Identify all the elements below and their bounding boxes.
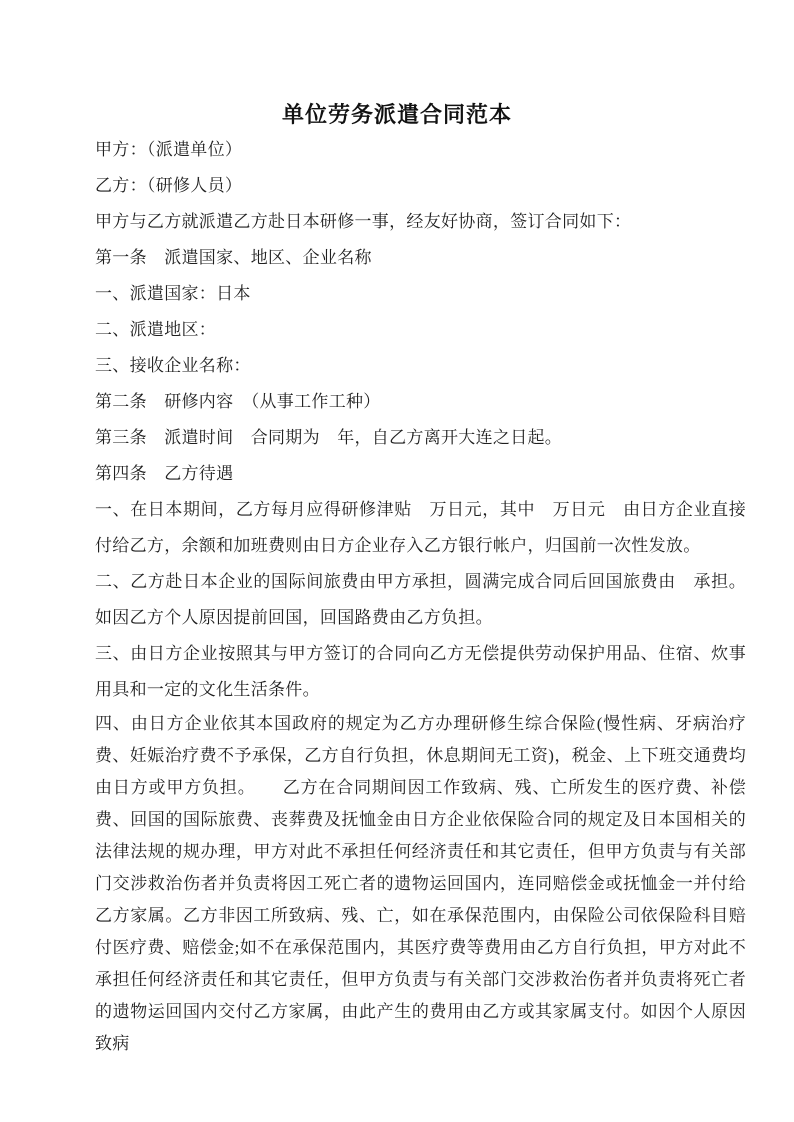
document-title: 单位劳务派遣合同范本	[0, 0, 794, 130]
paragraph-party-b: 乙方：（研修人员）	[95, 168, 746, 204]
paragraph-article-4-item-2: 二、乙方赴日本企业的国际间旅费由甲方承担，圆满完成合同后回国旅费由 承担。如因乙…	[95, 564, 746, 636]
paragraph-article-1-heading: 第一条 派遣国家、地区、企业名称	[95, 240, 746, 276]
paragraph-article-1-item-3: 三、接收企业名称：	[95, 348, 746, 384]
paragraph-article-4-heading: 第四条 乙方待遇	[95, 456, 746, 492]
paragraph-article-2: 第二条 研修内容 （从事工作工种）	[95, 384, 746, 420]
paragraph-article-4-item-3: 三、由日方企业按照其与甲方签订的合同向乙方无偿提供劳动保护用品、住宿、炊事用具和…	[95, 636, 746, 708]
paragraph-article-1-item-2: 二、派遣地区：	[95, 312, 746, 348]
paragraph-intro: 甲方与乙方就派遣乙方赴日本研修一事，经友好协商，签订合同如下：	[95, 204, 746, 240]
paragraph-party-a: 甲方：（派遣单位）	[95, 132, 746, 168]
paragraph-article-4-item-1: 一、在日本期间，乙方每月应得研修津贴 万日元，其中 万日元 由日方企业直接付给乙…	[95, 492, 746, 564]
paragraph-article-3: 第三条 派遣时间 合同期为 年，自乙方离开大连之日起。	[95, 420, 746, 456]
document-page: 单位劳务派遣合同范本 甲方：（派遣单位） 乙方：（研修人员） 甲方与乙方就派遣乙…	[0, 0, 794, 1122]
paragraph-article-1-item-1: 一、派遣国家：日本	[95, 276, 746, 312]
document-body: 甲方：（派遣单位） 乙方：（研修人员） 甲方与乙方就派遣乙方赴日本研修一事，经友…	[95, 130, 746, 1060]
paragraph-article-4-item-4: 四、由日方企业依其本国政府的规定为乙方办理研修生综合保险(慢性病、牙病治疗费、妊…	[95, 708, 746, 1060]
